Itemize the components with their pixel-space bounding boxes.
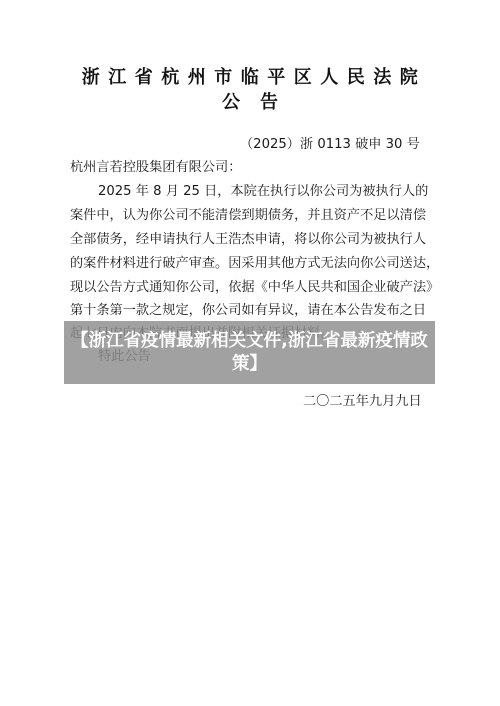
document-type-title: 公告	[0, 88, 500, 114]
body-line: 现以公告方式通知你公司，依据《中华人民共和国企业破产法》	[70, 276, 439, 295]
headline-text: 【浙江省疫情最新相关文件,浙江省最新疫情政策】	[68, 330, 431, 376]
body-line: 的案件材料进行破产审查。因采用其他方式无法向你公司送达，	[70, 252, 439, 271]
body-line: 2025 年 8 月 25 日，本院在执行以你公司为被执行人的	[98, 180, 428, 199]
body-line: 全部债务，经申请执行人王浩杰申请，将以你公司为被执行人	[70, 228, 426, 247]
case-number: （2025）浙 0113 破申 30 号	[240, 133, 420, 152]
addressee: 杭州言若控股集团有限公司：	[70, 156, 241, 175]
body-line: 案件中，认为你公司不能清偿到期债务，并且资产不足以清偿	[70, 204, 426, 223]
body-line: 第十条第一款之规定，你公司如有异议，请在本公告发布之日	[70, 299, 426, 318]
headline-overlay-banner: 【浙江省疫情最新相关文件,浙江省最新疫情政策】	[64, 321, 435, 384]
court-title: 浙江省杭州市临平区人民法院	[0, 63, 500, 89]
issue-date: 二〇二五年九月九日	[303, 390, 422, 409]
